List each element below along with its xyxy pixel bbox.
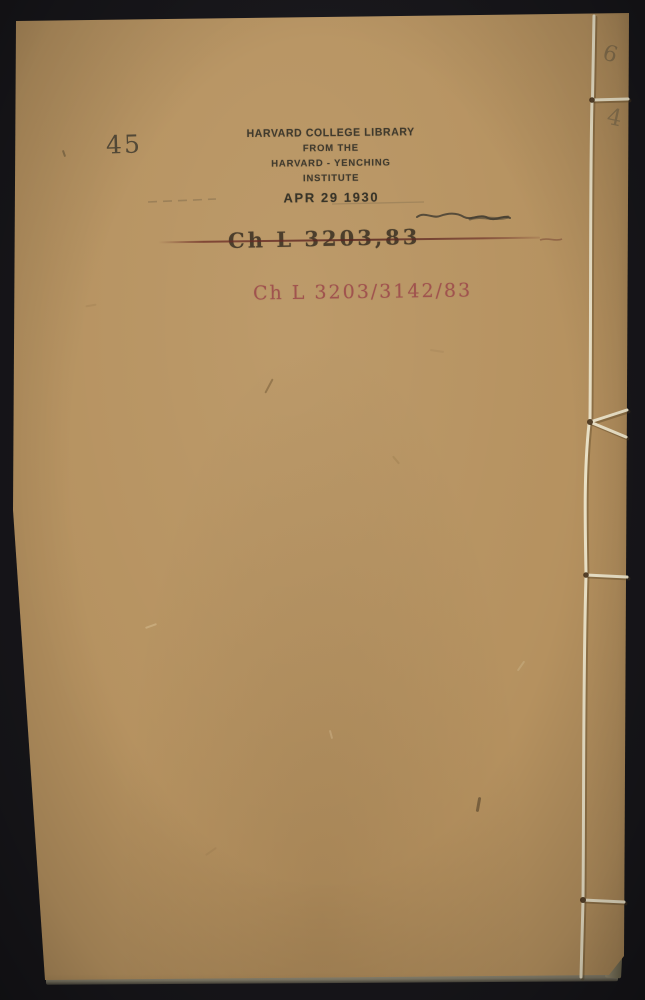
stamp-date: APR 29 1930 [245, 189, 417, 206]
corner-pencil-mark: 6 [599, 40, 620, 68]
paper-fiber [476, 797, 482, 812]
paper-fiber [62, 150, 66, 157]
paper-fiber [264, 378, 273, 393]
paper-fiber [329, 730, 333, 739]
paper-fiber [145, 623, 157, 629]
scanned-book-cover-photo: 45 HARVARD COLLEGE LIBRARY FROM THE HARV… [0, 0, 645, 1000]
paper-fiber [517, 661, 526, 672]
paper-fiber [85, 304, 96, 308]
paper-fiber [205, 847, 217, 856]
paper-fiber [392, 456, 400, 465]
paper-fiber [430, 349, 444, 353]
corner-pencil-mark: 4 [604, 104, 624, 132]
stamp-line-4: INSTITUTE [245, 170, 417, 187]
stamp-line-1: HARVARD COLLEGE LIBRARY [245, 125, 417, 143]
book-cover: 45 HARVARD COLLEGE LIBRARY FROM THE HARV… [0, 0, 645, 1000]
handwritten-number: 45 [106, 129, 143, 159]
library-stamp: HARVARD COLLEGE LIBRARY FROM THE HARVARD… [245, 125, 418, 206]
new-call-number: Ch L 3203/3142/83 [253, 279, 472, 304]
